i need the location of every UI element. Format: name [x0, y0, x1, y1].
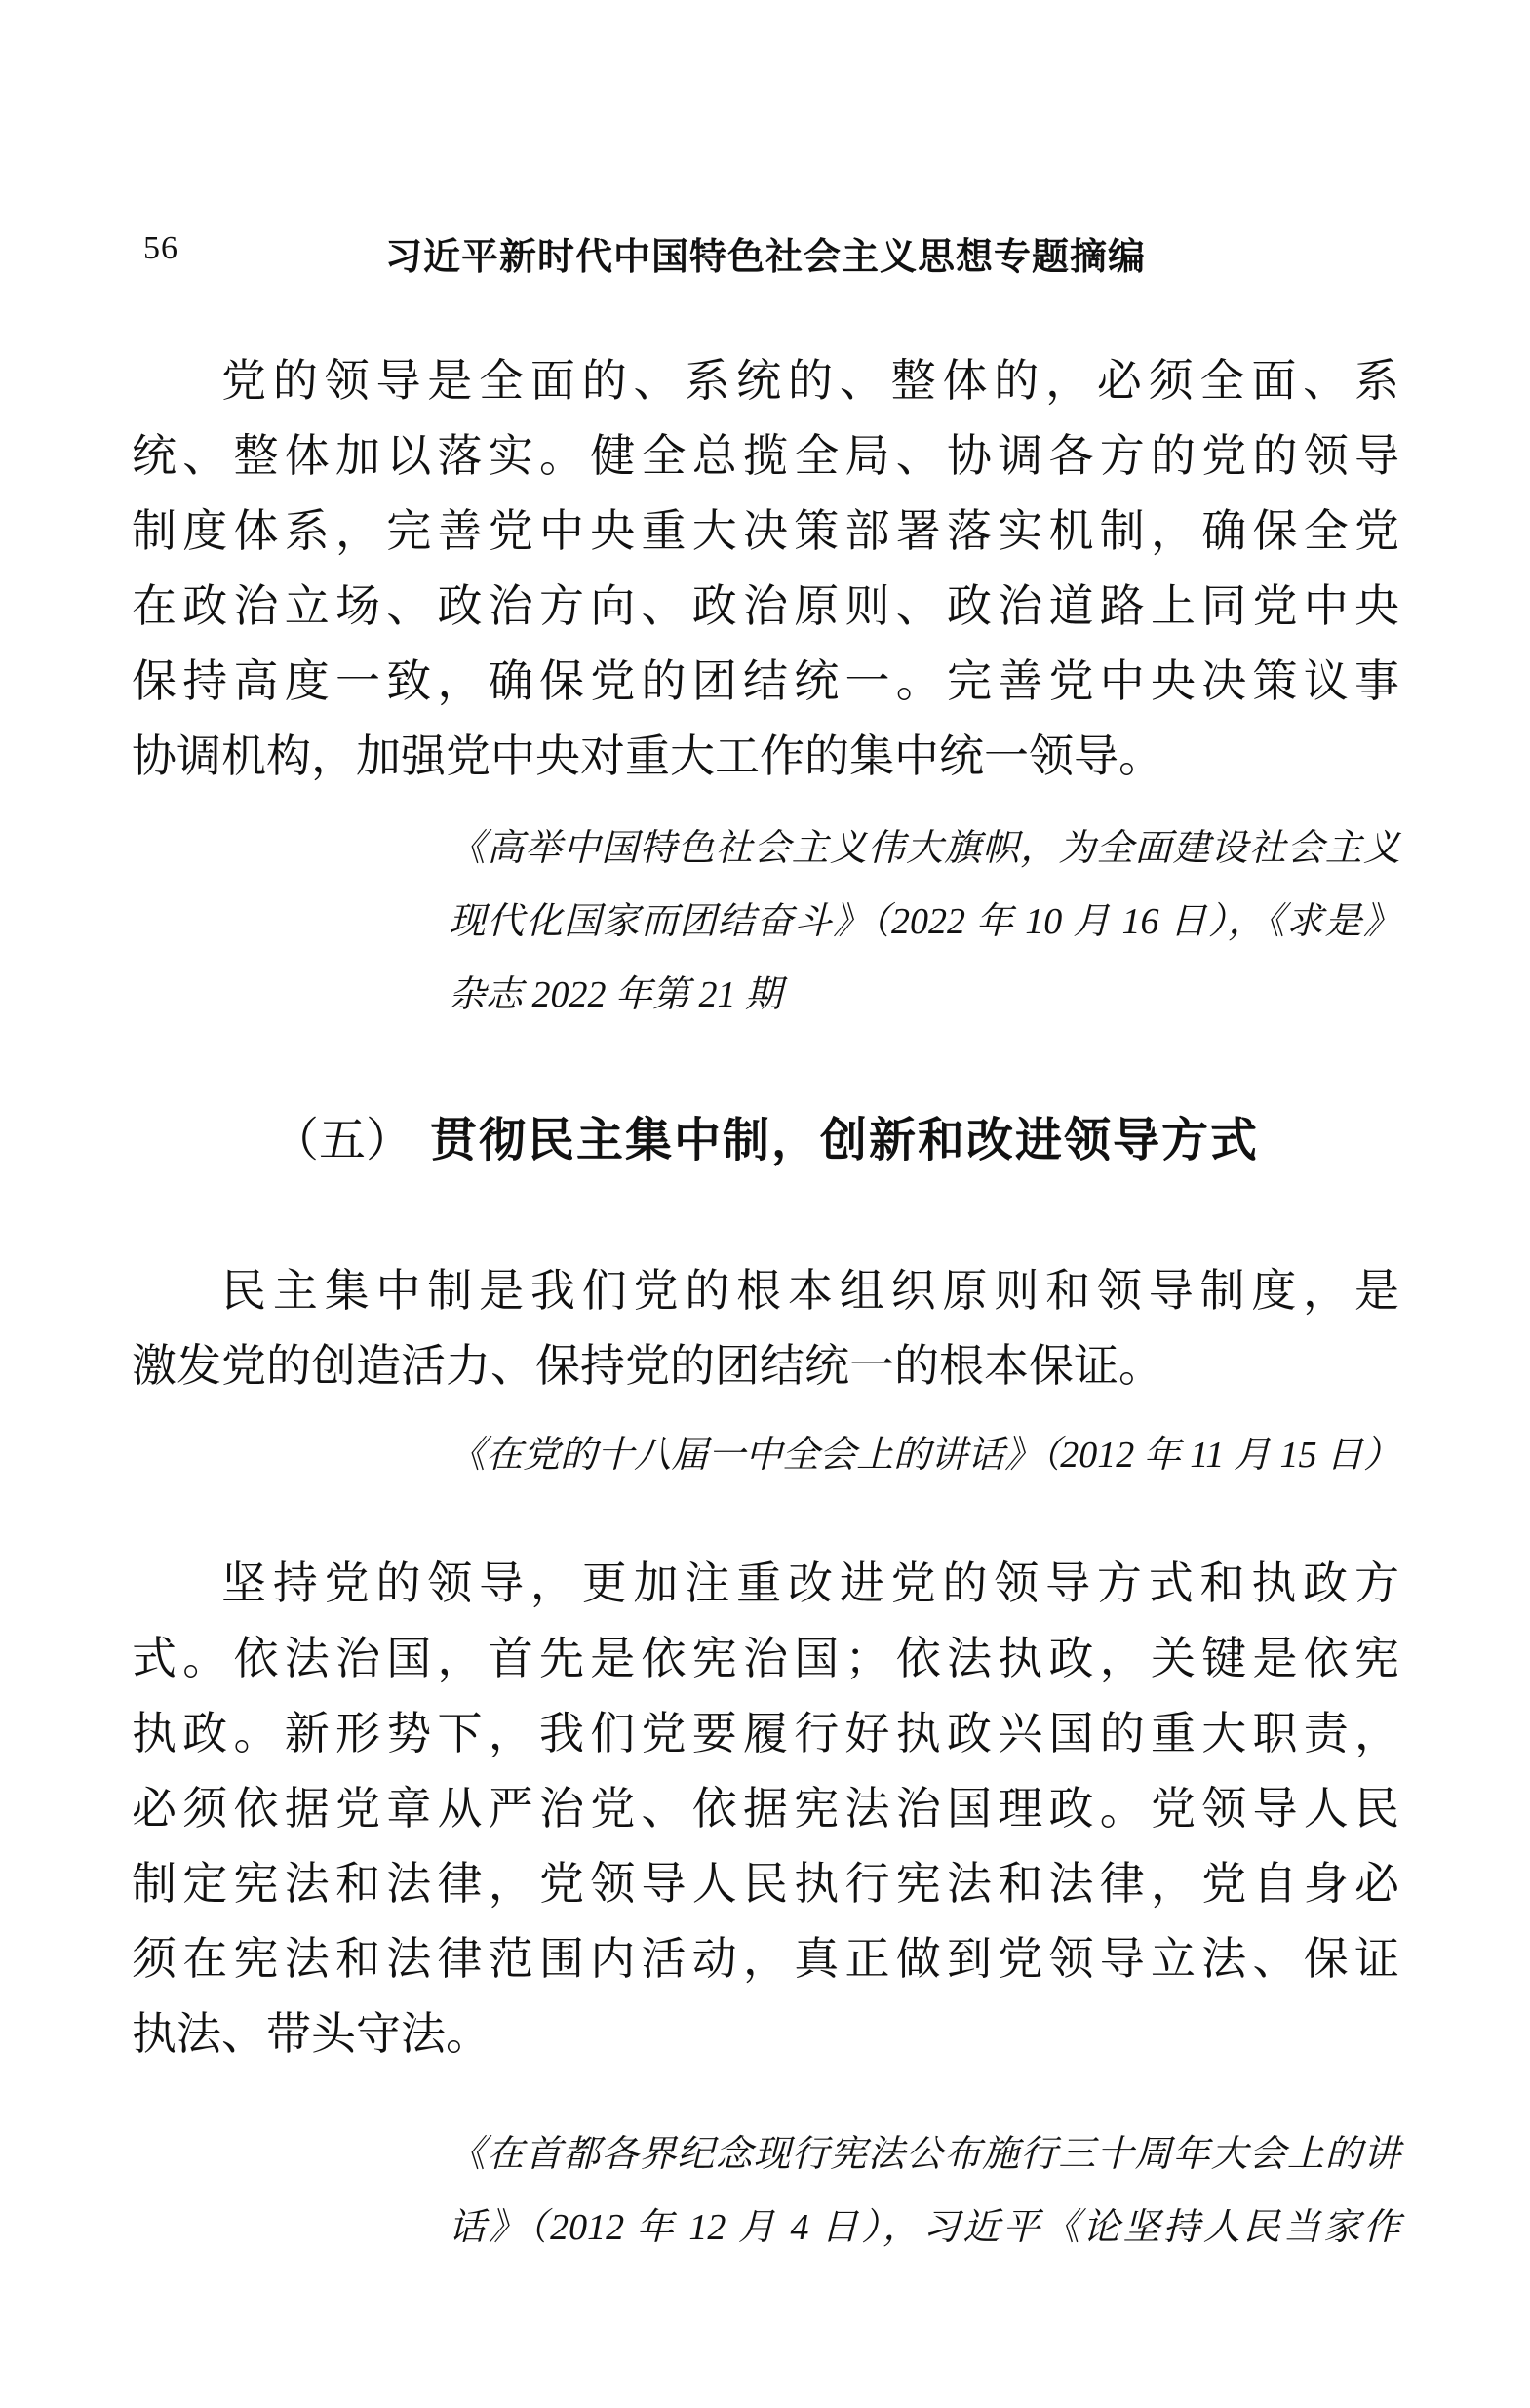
paragraph-2: 民主集中制是我们党的根本组织原则和领导制度，是 激发党的创造活力、保持党的团结统… — [132, 1253, 1399, 1403]
body-line: 坚持党的领导，更加注重改进党的领导方式和执政方 — [132, 1546, 1399, 1621]
citation-line: 杂志 2022 年第 21 期 — [449, 959, 1400, 1032]
citation-line: 《在党的十八届一中全会上的讲话》（2012 年 11 月 15 日） — [449, 1419, 1400, 1492]
citation-line: 《高举中国特色社会主义伟大旗帜，为全面建设社会主义 — [449, 812, 1400, 886]
body-line: 须在宪法和法律范围内活动，真正做到党领导立法、保证 — [132, 1921, 1399, 1996]
body-line: 在政治立场、政治方向、政治原则、政治道路上同党中央 — [132, 569, 1399, 644]
book-page: 56 习近平新时代中国特色社会主义思想专题摘编 党的领导是全面的、系统的、整体的… — [0, 0, 1530, 2408]
citation-2: 《在党的十八届一中全会上的讲话》（2012 年 11 月 15 日） — [449, 1419, 1400, 1492]
body-line: 必须依据党章从严治党、依据宪法治国理政。党领导人民 — [132, 1771, 1399, 1846]
body-line: 激发党的创造活力、保持党的团结统一的根本保证。 — [132, 1328, 1399, 1403]
section-number: （五） — [272, 1115, 412, 1166]
citation-1: 《高举中国特色社会主义伟大旗帜，为全面建设社会主义 现代化国家而团结奋斗》（20… — [449, 812, 1400, 1032]
body-line: 协调机构，加强党中央对重大工作的集中统一领导。 — [132, 719, 1399, 794]
citation-3: 《在首都各界纪念现行宪法公布施行三十周年大会上的讲 话》（2012 年 12 月… — [449, 2118, 1400, 2265]
body-line: 制度体系，完善党中央重大决策部署落实机制，确保全党 — [132, 493, 1399, 569]
section-heading: （五）贯彻民主集中制，创新和改进领导方式 — [132, 1112, 1399, 1170]
paragraph-1: 党的领导是全面的、系统的、整体的，必须全面、系 统、整体加以落实。健全总揽全局、… — [132, 343, 1399, 794]
body-line: 民主集中制是我们党的根本组织原则和领导制度，是 — [132, 1253, 1399, 1328]
body-line: 保持高度一致，确保党的团结统一。完善党中央决策议事 — [132, 644, 1399, 719]
body-line: 执政。新形势下，我们党要履行好执政兴国的重大职责， — [132, 1696, 1399, 1771]
citation-line: 话》（2012 年 12 月 4 日），习近平《论坚持人民当家作 — [449, 2191, 1400, 2265]
citation-line: 现代化国家而团结奋斗》（2022 年 10 月 16 日），《求是》 — [449, 886, 1400, 959]
page-number: 56 — [143, 230, 178, 267]
body-line: 式。依法治国，首先是依宪治国；依法执政，关键是依宪 — [132, 1621, 1399, 1696]
running-header-title: 习近平新时代中国特色社会主义思想专题摘编 — [132, 222, 1399, 280]
running-header: 56 习近平新时代中国特色社会主义思想专题摘编 — [132, 222, 1399, 281]
paragraph-3: 坚持党的领导，更加注重改进党的领导方式和执政方 式。依法治国，首先是依宪治国；依… — [132, 1546, 1399, 2072]
body-line: 党的领导是全面的、系统的、整体的，必须全面、系 — [132, 343, 1399, 418]
body-line: 制定宪法和法律，党领导人民执行宪法和法律，党自身必 — [132, 1846, 1399, 1921]
citation-line: 《在首都各界纪念现行宪法公布施行三十周年大会上的讲 — [449, 2118, 1400, 2191]
section-title: 贯彻民主集中制，创新和改进领导方式 — [430, 1115, 1259, 1166]
body-line: 执法、带头守法。 — [132, 1996, 1399, 2072]
body-line: 统、整体加以落实。健全总揽全局、协调各方的党的领导 — [132, 418, 1399, 493]
